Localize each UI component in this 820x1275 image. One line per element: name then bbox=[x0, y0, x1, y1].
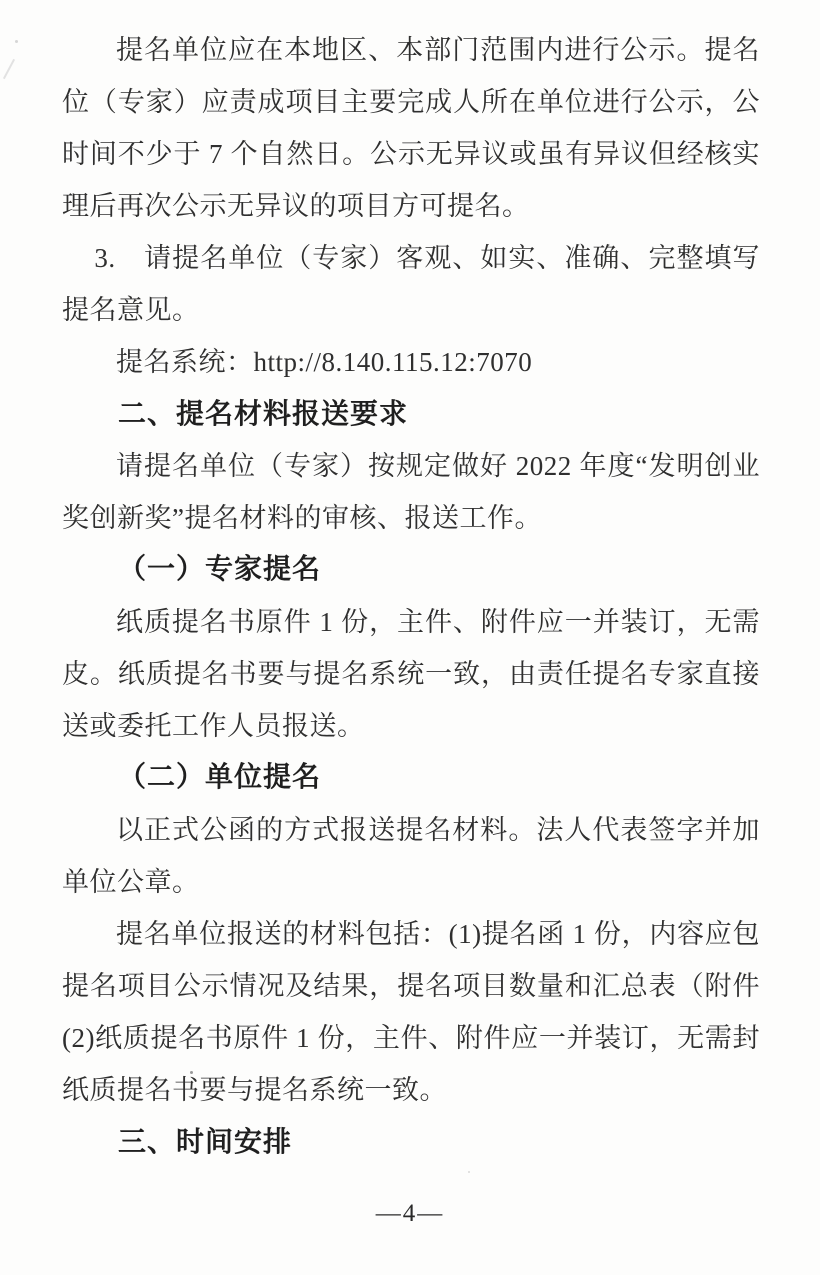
scan-speckle bbox=[468, 1171, 470, 1173]
document-body: 提名单位应在本地区、本部门范围内进行公示。提名单位（专家）应责成项目主要完成人所… bbox=[62, 24, 760, 1168]
paragraph-line: 提名意见。 bbox=[62, 284, 760, 336]
paragraph-line: (2)纸质提名书原件 1 份，主件、附件应一并装订，无需封皮， bbox=[62, 1012, 760, 1064]
paragraph-line: 提名单位报送的材料包括：(1)提名函 1 份，内容应包括 bbox=[62, 908, 760, 960]
paragraph-line: 理后再次公示无异议的项目方可提名。 bbox=[62, 180, 760, 232]
paragraph-line: 位（专家）应责成项目主要完成人所在单位进行公示，公示 bbox=[62, 76, 760, 128]
paragraph-line: 纸质提名书原件 1 份，主件、附件应一并装订，无需封 bbox=[62, 596, 760, 648]
paragraph-line: 以正式公函的方式报送提名材料。法人代表签字并加盖 bbox=[62, 804, 760, 856]
paragraph-line: 请提名单位（专家）按规定做好 2022 年度“发明创业 bbox=[62, 440, 760, 492]
scanned-document-page: 提名单位应在本地区、本部门范围内进行公示。提名单位（专家）应责成项目主要完成人所… bbox=[0, 0, 820, 1275]
paragraph-line: 时间不少于 7 个自然日。公示无异议或虽有异议但经核实处 bbox=[62, 128, 760, 180]
paragraph-line: 单位公章。 bbox=[62, 856, 760, 908]
paragraph-line: 纸质提名书要与提名系统一致。 bbox=[62, 1064, 760, 1116]
paragraph-line: 提名单位应在本地区、本部门范围内进行公示。提名单 bbox=[62, 24, 760, 76]
section-heading: 二、提名材料报送要求 bbox=[62, 388, 760, 440]
paragraph-line: 提名项目公示情况及结果，提名项目数量和汇总表（附件 2）； bbox=[62, 960, 760, 1012]
paragraph-line: 奖创新奖”提名材料的审核、报送工作。 bbox=[62, 492, 760, 544]
section-heading: 三、时间安排 bbox=[62, 1116, 760, 1168]
scan-artifact bbox=[3, 59, 15, 79]
section-heading: （一）专家提名 bbox=[62, 544, 760, 596]
scan-speckle bbox=[15, 40, 18, 43]
section-heading: （二）单位提名 bbox=[62, 752, 760, 804]
page-number: —4— bbox=[0, 1200, 820, 1228]
paragraph-line: 3. 请提名单位（专家）客观、如实、准确、完整填写 bbox=[62, 232, 760, 284]
paragraph-line: 提名系统：http://8.140.115.12:7070 bbox=[62, 336, 760, 388]
paragraph-line: 皮。纸质提名书要与提名系统一致，由责任提名专家直接寄 bbox=[62, 648, 760, 700]
paragraph-line: 送或委托工作人员报送。 bbox=[62, 700, 760, 752]
